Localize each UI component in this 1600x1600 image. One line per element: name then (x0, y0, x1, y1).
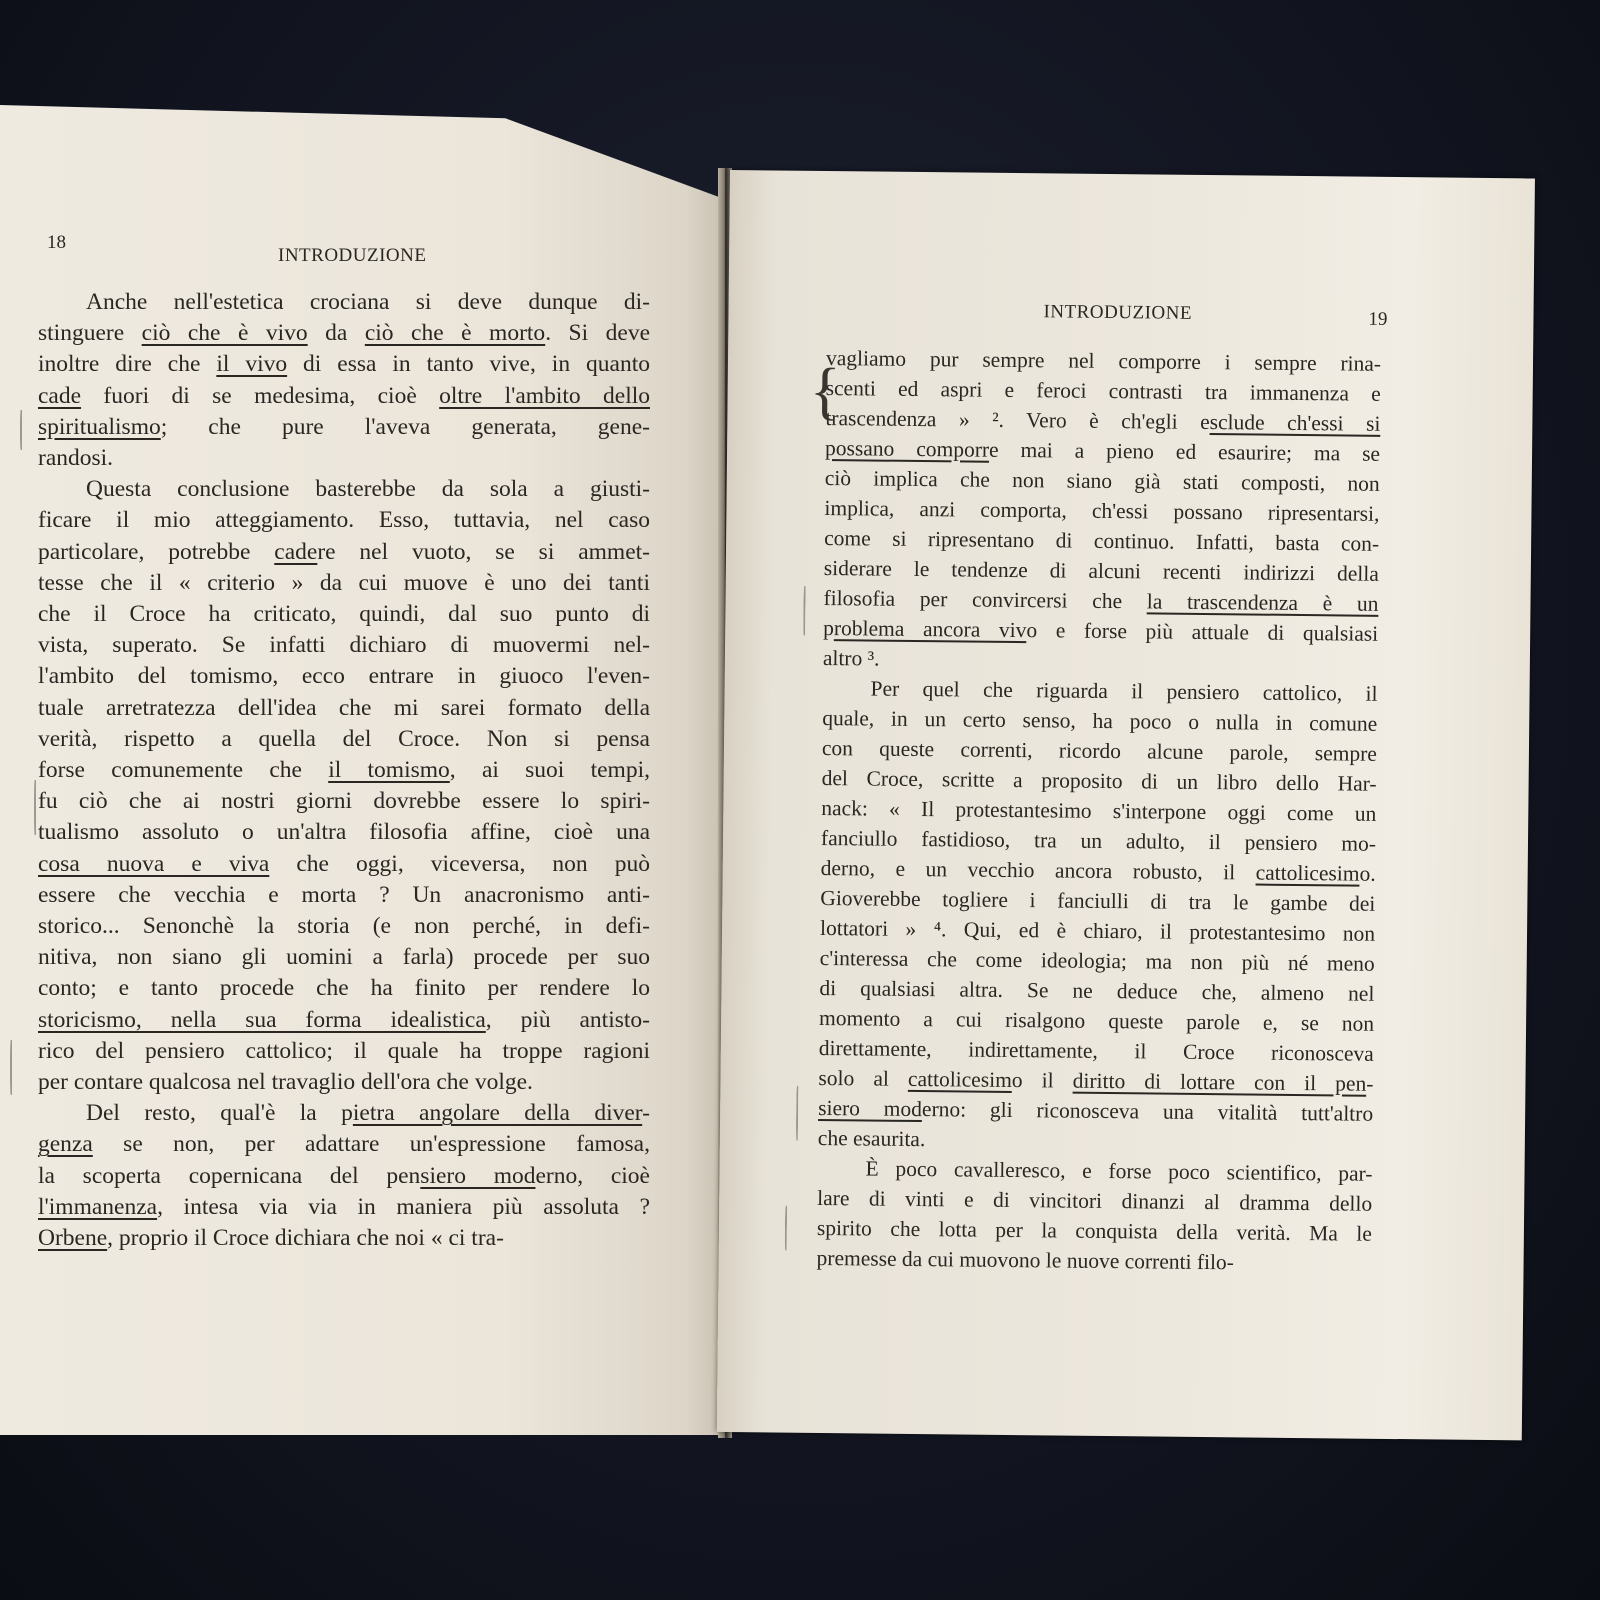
text-line: l'ambito del tomismo, ecco entrare in gi… (38, 661, 650, 692)
paragraph: Per quel che riguarda il pensiero cattol… (818, 673, 1378, 1159)
text-line: stinguere ciò che è vivo da ciò che è mo… (38, 318, 650, 349)
text-line: che il Croce ha criticato, quindi, dal s… (38, 599, 650, 630)
text-line: cade fuori di se medesima, cioè oltre l'… (38, 381, 650, 412)
paragraph: vagliamo pur sempre nel comporre i sempr… (823, 343, 1381, 679)
text-line: Orbene, proprio il Croce dichiara che no… (38, 1223, 650, 1254)
text-line: fu ciò che ai nostri giorni dovrebbe ess… (38, 786, 650, 817)
text-line: rico del pensiero cattolico; il quale ha… (38, 1036, 650, 1067)
text-line: essere che vecchia e morta ? Un anacroni… (38, 880, 650, 911)
text-line: verità, rispetto a quella del Croce. Non… (38, 724, 650, 755)
text-line: cosa nuova e viva che oggi, viceversa, n… (38, 849, 650, 880)
text-line: particolare, potrebbe cadere nel vuoto, … (38, 537, 650, 568)
text-line: conto; e tanto procede che ha finito per… (38, 973, 650, 1004)
text-line: forse comunemente che il tomismo, ai suo… (38, 755, 650, 786)
paragraph: Anche nell'estetica crociana si deve dun… (38, 287, 650, 474)
text-line: tualismo assoluto o un'altra filosofia a… (38, 817, 650, 848)
text-line: genza se non, per adattare un'espression… (38, 1129, 650, 1160)
right-page: INTRODUZIONE 19 vagliamo pur sempre nel … (717, 170, 1535, 1440)
margin-brace: { (809, 359, 840, 423)
margin-mark (803, 586, 806, 636)
text-line: per contare qualcosa nel travaglio dell'… (38, 1067, 650, 1098)
text-line: premesse da cui muovono le nuove corrent… (816, 1243, 1371, 1279)
text-line: storico... Senonchè la storia (e non per… (38, 911, 650, 942)
text-line: Del resto, qual'è la pietra angolare del… (38, 1098, 650, 1129)
text-line: randosi. (38, 443, 650, 474)
margin-mark (796, 1086, 799, 1141)
page-number-right: 19 (1368, 309, 1387, 331)
paragraph: È poco cavalleresco, e forse poco scient… (816, 1153, 1372, 1279)
left-page-text: Anche nell'estetica crociana si deve dun… (38, 287, 650, 1254)
page-number-left: 18 (47, 232, 66, 254)
margin-mark (34, 780, 36, 835)
text-line: inoltre dire che il vivo di essa in tant… (38, 349, 650, 380)
text-line: tuale arretratezza dell'idea che mi sare… (38, 693, 650, 724)
right-page-text: vagliamo pur sempre nel comporre i sempr… (816, 343, 1381, 1279)
margin-mark (10, 1040, 12, 1095)
text-line: ficare il mio atteggiamento. Esso, tutta… (38, 505, 650, 536)
running-head-right: INTRODUZIONE (1043, 301, 1192, 325)
margin-mark (785, 1206, 787, 1251)
text-line: tesse che il « criterio » da cui muove è… (38, 568, 650, 599)
running-head-left: INTRODUZIONE (278, 245, 426, 267)
text-line: la scoperta copernicana del pensiero mod… (38, 1161, 650, 1192)
text-line: vista, superato. Se infatti dichiaro di … (38, 630, 650, 661)
paragraph: Del resto, qual'è la pietra angolare del… (38, 1098, 650, 1254)
margin-mark (20, 410, 22, 450)
text-line: spiritualismo; che pure l'aveva generata… (38, 412, 650, 443)
text-line: Anche nell'estetica crociana si deve dun… (38, 287, 650, 318)
text-line: nitiva, non siano gli uomini a farla) pr… (38, 942, 650, 973)
paragraph: Questa conclusione basterebbe da sola a … (38, 474, 650, 1098)
text-line: problema ancora vivo e forse più attuale… (823, 613, 1378, 649)
text-line: Questa conclusione basterebbe da sola a … (38, 474, 650, 505)
text-line: storicismo, nella sua forma idealistica,… (38, 1005, 650, 1036)
left-page: 18 INTRODUZIONE Anche nell'estetica croc… (0, 105, 722, 1435)
text-line: l'immanenza, intesa via via in maniera p… (38, 1192, 650, 1223)
